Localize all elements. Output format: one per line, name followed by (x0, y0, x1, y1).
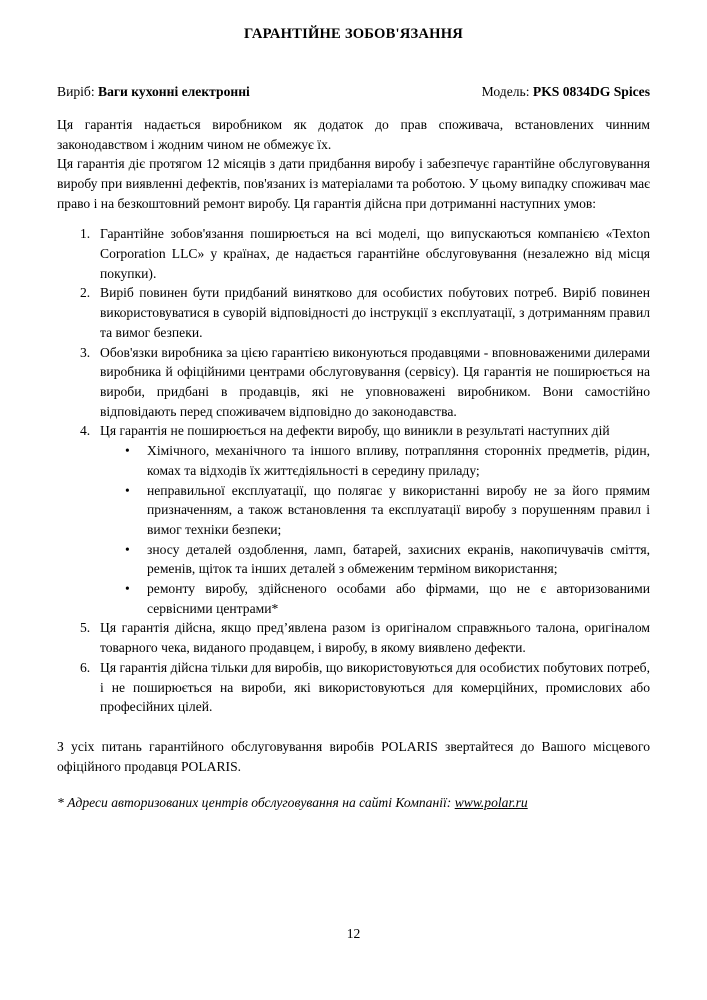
condition-number: 1. (80, 224, 100, 283)
bullet-icon: • (125, 540, 147, 579)
condition-text: Ця гарантія дійсна, якщо пред’явлена раз… (100, 618, 650, 657)
condition-number: 5. (80, 618, 100, 657)
condition-text: Обов'язки виробника за цією гарантією ви… (100, 343, 650, 422)
condition-number: 3. (80, 343, 100, 422)
bullet-text: ремонту виробу, здійсненого особами або … (147, 579, 650, 618)
condition-item-2: 2. Виріб повинен бути придбаний винятков… (57, 283, 650, 342)
footnote: * Адреси авторизованих центрів обслугову… (57, 793, 650, 813)
condition-item-4: 4. Ця гарантія не поширюється на дефекти… (57, 421, 650, 618)
model-value: PKS 0834DG Spices (533, 84, 650, 99)
product-label: Виріб: (57, 84, 95, 99)
intro-paragraph: Ця гарантія надається виробником як дода… (57, 115, 650, 154)
footnote-link[interactable]: www.polar.ru (455, 795, 528, 810)
footnote-text: * Адреси авторизованих центрів обслугову… (57, 795, 455, 810)
condition-text: Виріб повинен бути придбаний винятково д… (100, 283, 650, 342)
intro-paragraph: Ця гарантія діє протягом 12 місяців з да… (57, 154, 650, 213)
bullet-item-3: • зносу деталей оздоблення, ламп, батаре… (100, 540, 650, 579)
page-title: ГАРАНТІЙНЕ ЗОБОВ'ЯЗАННЯ (57, 24, 650, 45)
bullet-icon: • (125, 441, 147, 480)
model-label: Модель: (482, 84, 530, 99)
model-field: Модель: PKS 0834DG Spices (482, 82, 650, 102)
bullet-icon: • (125, 579, 147, 618)
product-model-row: Виріб: Ваги кухонні електронні Модель: P… (57, 82, 650, 102)
bullet-text: Хімічного, механічного та іншого впливу,… (147, 441, 650, 480)
condition-number: 2. (80, 283, 100, 342)
condition-item-1: 1. Гарантійне зобов'язання поширюється н… (57, 224, 650, 283)
product-field: Виріб: Ваги кухонні електронні (57, 82, 250, 102)
product-value: Ваги кухонні електронні (98, 84, 250, 99)
condition-text-with-bullets: Ця гарантія не поширюється на дефекти ви… (100, 421, 650, 618)
condition-text: Ця гарантія не поширюється на дефекти ви… (100, 423, 610, 438)
condition-item-5: 5. Ця гарантія дійсна, якщо пред’явлена … (57, 618, 650, 657)
condition-item-6: 6. Ця гарантія дійсна тільки для виробів… (57, 658, 650, 717)
warranty-document-page: ГАРАНТІЙНЕ ЗОБОВ'ЯЗАННЯ Виріб: Ваги кухо… (0, 0, 707, 1000)
bullet-icon: • (125, 481, 147, 540)
bullet-text: зносу деталей оздоблення, ламп, батарей,… (147, 540, 650, 579)
page-number: 12 (0, 924, 707, 944)
condition-item-3: 3. Обов'язки виробника за цією гарантією… (57, 343, 650, 422)
condition-number: 6. (80, 658, 100, 717)
bullet-item-2: • неправильної експлуатації, що полягає … (100, 481, 650, 540)
condition-text: Ця гарантія дійсна тільки для виробів, щ… (100, 658, 650, 717)
intro-section: Ця гарантія надається виробником як дода… (57, 115, 650, 214)
condition-text: Гарантійне зобов'язання поширюється на в… (100, 224, 650, 283)
conditions-list: 1. Гарантійне зобов'язання поширюється н… (57, 224, 650, 717)
condition-number: 4. (80, 421, 100, 618)
closing-paragraph: З усіх питань гарантійного обслуговуванн… (57, 737, 650, 776)
bullet-item-4: • ремонту виробу, здійсненого особами аб… (100, 579, 650, 618)
bullet-text: неправильної експлуатації, що полягає у … (147, 481, 650, 540)
bullet-item-1: • Хімічного, механічного та іншого вплив… (100, 441, 650, 480)
